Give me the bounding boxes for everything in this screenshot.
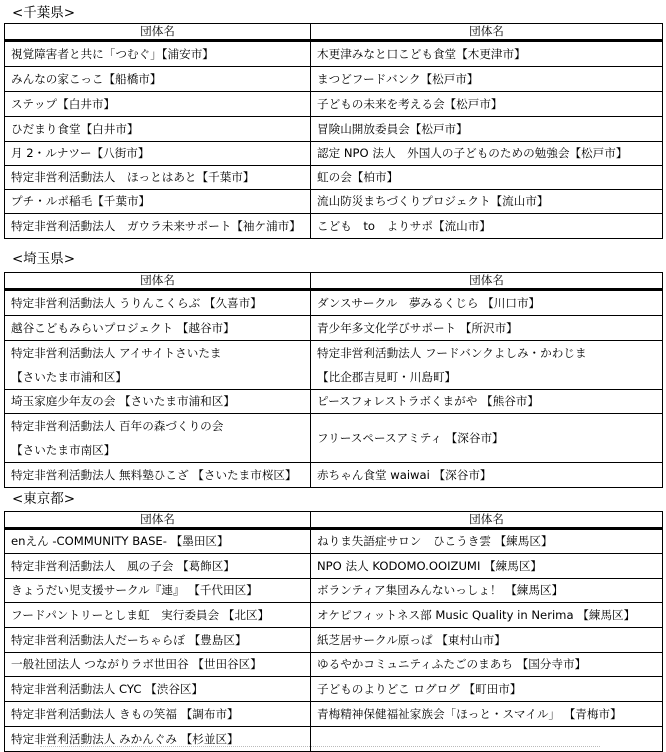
- org-name-cell: フードパントリーとしま虹 実行委員会 【北区】: [5, 603, 311, 628]
- org-name-cell: 一般社団法人 つながりラボ世田谷 【世田谷区】: [5, 653, 311, 677]
- org-name-cell: 認定 NPO 法人 外国人の子どものための勉強会【松戸市】: [311, 142, 663, 166]
- org-name-cell: 特定非営利活動法人 ほっとはあと【千葉市】: [5, 166, 311, 190]
- table-row: 特定非営利活動法人 風の子会 【葛飾区】 NPO 法人 KODOMO.OOIZU…: [5, 554, 663, 579]
- org-name-cell: ゆるやかコミュニティふたごのまあち 【国分寺市】: [311, 653, 663, 677]
- org-name-cell: 冒険山開放委員会【松戸市】: [311, 117, 663, 142]
- table-row: 特定非営利活動法人 うりんこくらぶ 【久喜市】 ダンスサークル 夢みるくじら 【…: [5, 290, 663, 316]
- org-name-cell: 埼玉家庭少年友の会 【さいたま市浦和区】: [5, 390, 311, 414]
- table-row: 特定非営利活動法人 無料塾ひこざ 【さいたま市桜区】 赤ちゃん食堂 waiwai…: [5, 463, 663, 488]
- org-name-cell: 視覚障害者と共に「つむぐ」【浦安市】: [5, 41, 311, 67]
- org-name-line: 特定非営利活動法人 アイサイトさいたま: [11, 341, 310, 365]
- org-name-line: 特定非営利活動法人 百年の森づくりの会: [11, 414, 310, 438]
- org-name-cell: 特定非営利活動法人 風の子会 【葛飾区】: [5, 554, 311, 579]
- org-name-cell: 子どもの未来を考える会【松戸市】: [311, 92, 663, 117]
- table-row: 特定非営利活動法人だーちゃらぼ 【豊島区】 紙芝居サークル原っぱ 【東村山市】: [5, 628, 663, 653]
- org-name-cell: 虹の会【柏市】: [311, 166, 663, 190]
- org-name-cell: プチ・ルポ稲毛【千葉市】: [5, 190, 311, 214]
- table-row: 特定非営利活動法人 ほっとはあと【千葉市】 虹の会【柏市】: [5, 166, 663, 190]
- org-name-cell: 赤ちゃん食堂 waiwai 【深谷市】: [311, 463, 663, 488]
- org-name-cell: ひだまり食堂【白井市】: [5, 117, 311, 142]
- org-name-cell: まつどフードバンク【松戸市】: [311, 67, 663, 92]
- table-row: 月 2・ルナツー【八街市】 認定 NPO 法人 外国人の子どものための勉強会【松…: [5, 142, 663, 166]
- org-name-cell: ステップ【白井市】: [5, 92, 311, 117]
- org-name-cell: 特定非営利活動法人 ガウラ未来サポート【袖ケ浦市】: [5, 214, 311, 239]
- chiba-org-table: 団体名 団体名 視覚障害者と共に「つむぐ」【浦安市】 木更津みなと口こども食堂【…: [4, 23, 663, 239]
- table-row: 特定非営利活動法人 きもの笑福 【調布市】 青梅精神保健福祉家族会「ほっと・スマ…: [5, 702, 663, 727]
- table-row: 特定非営利活動法人 アイサイトさいたま 【さいたま市浦和区】 特定非営利活動法人…: [5, 341, 663, 390]
- org-name-cell: 特定非営利活動法人 フードバンクよしみ・かわじま 【比企郡吉見町・川島町】: [311, 341, 663, 390]
- section-title-saitama: <埼玉県>: [12, 251, 75, 267]
- table-row: プチ・ルポ稲毛【千葉市】 流山防災まちづくりプロジェクト【流山市】: [5, 190, 663, 214]
- org-name-cell: ダンスサークル 夢みるくじら 【川口市】: [311, 290, 663, 316]
- org-name-cell: 特定非営利活動法人 きもの笑福 【調布市】: [5, 702, 311, 727]
- org-name-cell: 月 2・ルナツー【八街市】: [5, 142, 311, 166]
- org-name-cell: フリースペースアミティ 【深谷市】: [311, 414, 663, 463]
- org-name-cell: こども to よりサポ【流山市】: [311, 214, 663, 239]
- table-row: 埼玉家庭少年友の会 【さいたま市浦和区】 ピースフォレストラボくまがや 【熊谷市…: [5, 390, 663, 414]
- org-name-cell: きょうだい児支援サークル『連』 【千代田区】: [5, 579, 311, 603]
- tokyo-org-table: 団体名 団体名 enえん -COMMUNITY BASE- 【墨田区】 ねりま失…: [4, 511, 663, 752]
- column-header: 団体名: [311, 512, 663, 529]
- table-row: フードパントリーとしま虹 実行委員会 【北区】 オケピフィットネス部 Music…: [5, 603, 663, 628]
- org-name-cell: 子どものよりどこ ログログ 【町田市】: [311, 677, 663, 702]
- org-name-cell: ボランティア集団みんないっしょ！ 【練馬区】: [311, 579, 663, 603]
- org-location-line: 【さいたま市南区】: [11, 438, 310, 462]
- org-name-cell: みんなの家こっこ【船橋市】: [5, 67, 311, 92]
- table-row: みんなの家こっこ【船橋市】 まつどフードバンク【松戸市】: [5, 67, 663, 92]
- table-row: ステップ【白井市】 子どもの未来を考える会【松戸市】: [5, 92, 663, 117]
- org-name-cell: enえん -COMMUNITY BASE- 【墨田区】: [5, 529, 311, 554]
- table-row: 一般社団法人 つながりラボ世田谷 【世田谷区】 ゆるやかコミュニティふたごのまあ…: [5, 653, 663, 677]
- cropped-text-remnant: [0, 746, 666, 752]
- org-name-cell: 流山防災まちづくりプロジェクト【流山市】: [311, 190, 663, 214]
- table-row: 特定非営利活動法人 CYC 【渋谷区】 子どものよりどこ ログログ 【町田市】: [5, 677, 663, 702]
- org-name-line: 特定非営利活動法人 フードバンクよしみ・かわじま: [317, 341, 662, 365]
- table-row: きょうだい児支援サークル『連』 【千代田区】 ボランティア集団みんないっしょ！ …: [5, 579, 663, 603]
- org-name-cell: 紙芝居サークル原っぱ 【東村山市】: [311, 628, 663, 653]
- org-name-cell: 木更津みなと口こども食堂【木更津市】: [311, 41, 663, 67]
- org-name-cell: 青少年多文化学びサポート 【所沢市】: [311, 316, 663, 341]
- column-header: 団体名: [5, 273, 311, 290]
- org-name-cell: 越谷こどもみらいプロジェクト 【越谷市】: [5, 316, 311, 341]
- org-name-cell: ねりま失語症サロン ひこうき雲 【練馬区】: [311, 529, 663, 554]
- section-title-chiba: <千葉県>: [12, 5, 75, 21]
- org-location-line: 【さいたま市浦和区】: [11, 365, 310, 389]
- table-row: enえん -COMMUNITY BASE- 【墨田区】 ねりま失語症サロン ひこ…: [5, 529, 663, 554]
- org-name-cell: 特定非営利活動法人 アイサイトさいたま 【さいたま市浦和区】: [5, 341, 311, 390]
- table-row: 特定非営利活動法人 百年の森づくりの会 【さいたま市南区】 フリースペースアミテ…: [5, 414, 663, 463]
- column-header: 団体名: [5, 24, 311, 41]
- org-name-cell: ピースフォレストラボくまがや 【熊谷市】: [311, 390, 663, 414]
- org-name-cell: NPO 法人 KODOMO.OOIZUMI 【練馬区】: [311, 554, 663, 579]
- section-title-tokyo: <東京都>: [12, 491, 75, 507]
- org-name-cell: 特定非営利活動法人 無料塾ひこざ 【さいたま市桜区】: [5, 463, 311, 488]
- column-header: 団体名: [5, 512, 311, 529]
- org-name-cell: 青梅精神保健福祉家族会「ほっと・スマイル」 【青梅市】: [311, 702, 663, 727]
- table-row: 特定非営利活動法人 ガウラ未来サポート【袖ケ浦市】 こども to よりサポ【流山…: [5, 214, 663, 239]
- table-row: 視覚障害者と共に「つむぐ」【浦安市】 木更津みなと口こども食堂【木更津市】: [5, 41, 663, 67]
- org-name-cell: オケピフィットネス部 Music Quality in Nerima 【練馬区】: [311, 603, 663, 628]
- column-header: 団体名: [311, 273, 663, 290]
- table-row: 越谷こどもみらいプロジェクト 【越谷市】 青少年多文化学びサポート 【所沢市】: [5, 316, 663, 341]
- table-row: ひだまり食堂【白井市】 冒険山開放委員会【松戸市】: [5, 117, 663, 142]
- org-name-cell: 特定非営利活動法人だーちゃらぼ 【豊島区】: [5, 628, 311, 653]
- saitama-org-table: 団体名 団体名 特定非営利活動法人 うりんこくらぶ 【久喜市】 ダンスサークル …: [4, 272, 663, 488]
- column-header: 団体名: [311, 24, 663, 41]
- org-name-cell: 特定非営利活動法人 百年の森づくりの会 【さいたま市南区】: [5, 414, 311, 463]
- org-name-cell: 特定非営利活動法人 CYC 【渋谷区】: [5, 677, 311, 702]
- org-location-line: 【比企郡吉見町・川島町】: [317, 365, 662, 389]
- org-name-cell: 特定非営利活動法人 うりんこくらぶ 【久喜市】: [5, 290, 311, 316]
